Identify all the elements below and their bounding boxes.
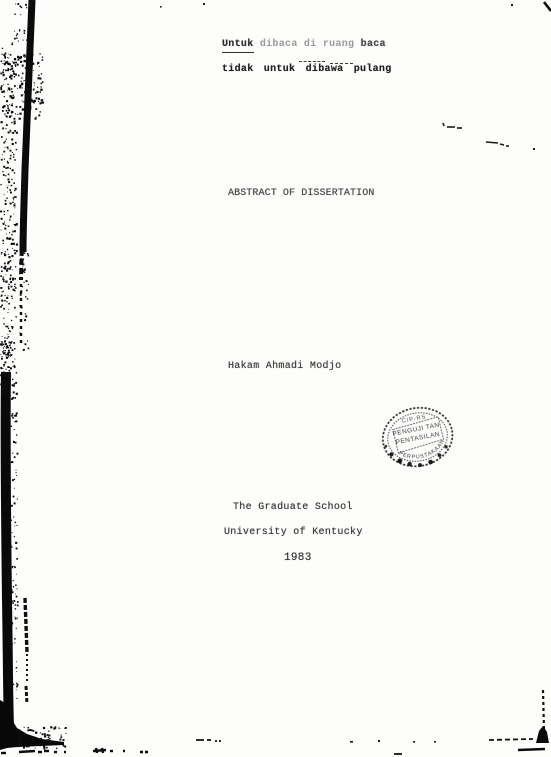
scan-streak (25, 598, 27, 652)
scan-line-bottom-right (518, 749, 545, 750)
page-title: ABSTRACT OF DISSERTATION (228, 188, 374, 199)
graduate-school-line: The Graduate School (233, 502, 353, 513)
scan-specks (160, 3, 535, 743)
scan-bottom-dashes (196, 739, 533, 754)
scan-noise-speckles (0, 3, 67, 749)
scan-stray-dashes-right (443, 123, 509, 146)
scan-dashed-underline (299, 61, 325, 62)
university-line: University of Kentucky (224, 527, 363, 538)
author-name: Hakam Ahmadi Modjo (228, 361, 341, 372)
scan-crease-top-left (23, 0, 32, 252)
scan-corner-wedge (0, 700, 64, 750)
year-line: 1983 (284, 552, 312, 564)
scanned-title-page: Untuk dibaca di ruang baca tidak untuk d… (0, 0, 551, 757)
scan-artifacts-layer (0, 0, 551, 757)
scan-edge-stripe-left (6, 372, 9, 726)
note-faded-middle: dibaca di ruang (254, 39, 361, 50)
library-note-line2: tidak untuk dibawa pulang (222, 64, 392, 75)
note-word-baca: baca (361, 39, 386, 50)
library-stamp: CIP-RS PENGUJI TAN PENTASILAN PERPUSTAKA… (373, 397, 463, 481)
note-word-untuk: Untuk (222, 39, 254, 53)
library-note-line1: Untuk dibaca di ruang baca (222, 39, 386, 50)
scan-bottom-left-row (1, 748, 149, 753)
stamp-graphic: CIP-RS PENGUJI TAN PENTASILAN PERPUSTAKA… (373, 397, 463, 481)
scan-blob-bottom-right (536, 726, 549, 743)
scan-streak-bottom-right (543, 690, 544, 730)
scan-corner-nick (544, 2, 551, 11)
